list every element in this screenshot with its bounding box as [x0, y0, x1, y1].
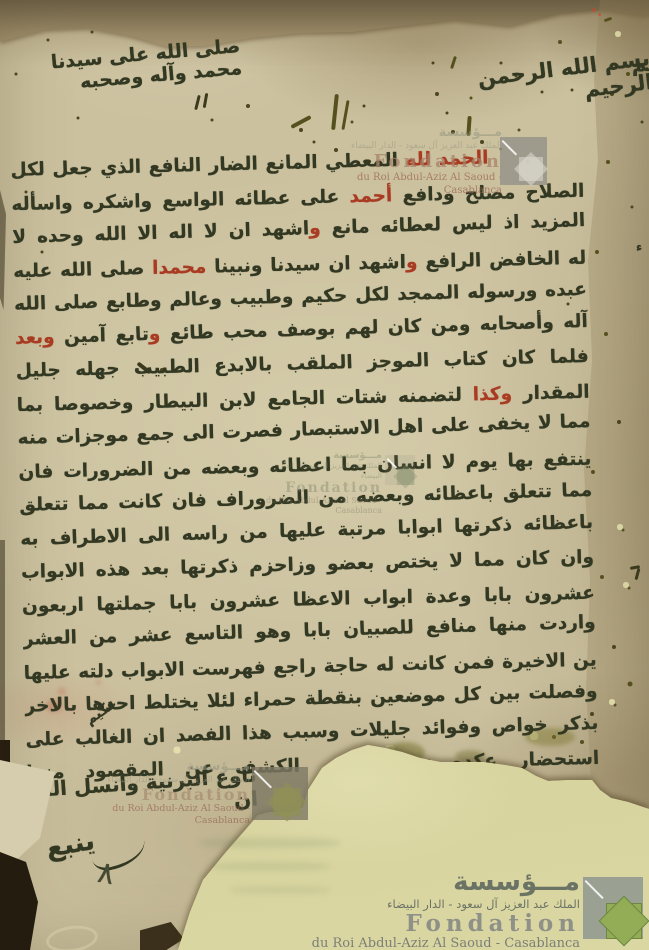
rubricated-text: وبعد [15, 326, 55, 348]
binding-shadow [0, 540, 5, 770]
ink-text: ين الاخيرة فمن كانت له حاجة راجع فهرست ا… [24, 649, 597, 683]
rubricated-text: محمدا [144, 256, 207, 278]
worm-holes [0, 0, 2, 2]
edge-fragment: ثم [632, 52, 649, 76]
rubricated-text: وكذا [462, 383, 513, 405]
ink-text: المقدار [512, 381, 590, 404]
bleed-through [200, 838, 340, 848]
rubricated-text: الحمد لله [398, 147, 489, 170]
rubricated-text: و [406, 251, 418, 272]
manuscript-text-block: الحمد لله المعطي المانع الضار النافع الذ… [10, 139, 599, 790]
ink-text: تابع آمين [54, 323, 149, 347]
rubricated-text: أحمد [339, 185, 392, 207]
page-top-edge [0, 0, 649, 48]
ink-text: آله وأصحابه ومن كان لهم بوصف محب طائع [160, 310, 588, 344]
ink-text: له الخافض الرافع [417, 247, 586, 272]
ink-text: اشهد ان سيدنا ونبينا [206, 251, 406, 277]
bleed-through [230, 886, 330, 894]
bleed-through [210, 862, 330, 871]
red-ink-dot [598, 13, 601, 16]
ink-text: المزيد اذ ليس لعطائه مانع [320, 210, 585, 239]
edge-fragment: ء [636, 240, 642, 254]
red-ink-dot [592, 8, 596, 12]
ink-text: الصلاح مصلح ودافع [392, 180, 585, 206]
manuscript-scan: صلى الله على سيدنا محمد وآله وصحبه بسم ا… [0, 0, 649, 950]
ink-text: على عطائه الواسع واشكره واسأله [11, 186, 339, 215]
